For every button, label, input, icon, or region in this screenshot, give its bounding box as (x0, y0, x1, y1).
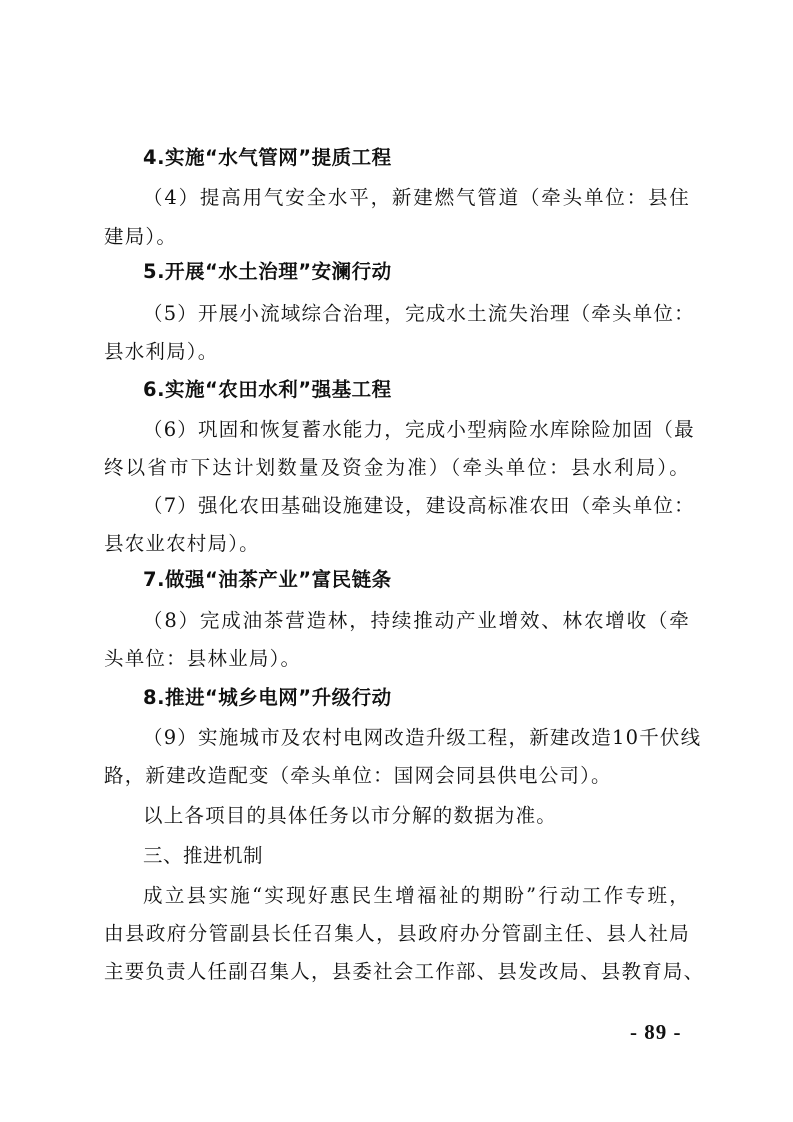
subheading-5: 5.开展“水土治理”安澜行动 (104, 260, 690, 284)
paragraph-line: 由县政府分管副县长任召集人，县政府办分管副主任、县人社局 (104, 922, 690, 946)
paragraph-line: 建局）。 (104, 225, 690, 249)
page-number: - 89 - (630, 1020, 682, 1045)
subheading-8: 8.推进“城乡电网”升级行动 (104, 686, 690, 710)
paragraph-line: （4）提高用气安全水平，新建燃气管道（牵头单位：县住 (104, 186, 690, 210)
paragraph-line: 县农业农村局）。 (104, 532, 690, 556)
subheading-7: 7.做强“油茶产业”富民链条 (104, 568, 690, 592)
paragraph-line: 县水利局）。 (104, 340, 690, 364)
paragraph-line: 头单位：县林业局）。 (104, 647, 690, 671)
paragraph-line: 以上各项目的具体任务以市分解的数据为准。 (104, 804, 690, 828)
paragraph-line: （9）实施城市及农村电网改造升级工程，新建改造10千伏线 (104, 726, 690, 750)
paragraph-line: 成立县实施“实现好惠民生增福祉的期盼”行动工作专班， (104, 884, 690, 908)
paragraph-line: （6）巩固和恢复蓄水能力，完成小型病险水库除险加固（最 (104, 418, 690, 442)
subheading-6: 6.实施“农田水利”强基工程 (104, 378, 690, 402)
paragraph-line: 主要负责人任副召集人，县委社会工作部、县发改局、县教育局、 (104, 960, 690, 984)
paragraph-line: 终以省市下达计划数量及资金为准）（牵头单位：县水利局）。 (104, 456, 690, 480)
subheading-4: 4.实施“水气管网”提质工程 (104, 146, 690, 170)
section-heading: 三、推进机制 (104, 844, 690, 868)
paragraph-line: （7）强化农田基础设施建设，建设高标准农田（牵头单位： (104, 494, 690, 518)
paragraph-line: （5）开展小流域综合治理，完成水土流失治理（牵头单位： (104, 302, 690, 326)
paragraph-line: （8）完成油茶营造林，持续推动产业增效、林农增收（牵 (104, 609, 690, 633)
paragraph-line: 路，新建改造配变（牵头单位：国网会同县供电公司）。 (104, 764, 690, 788)
